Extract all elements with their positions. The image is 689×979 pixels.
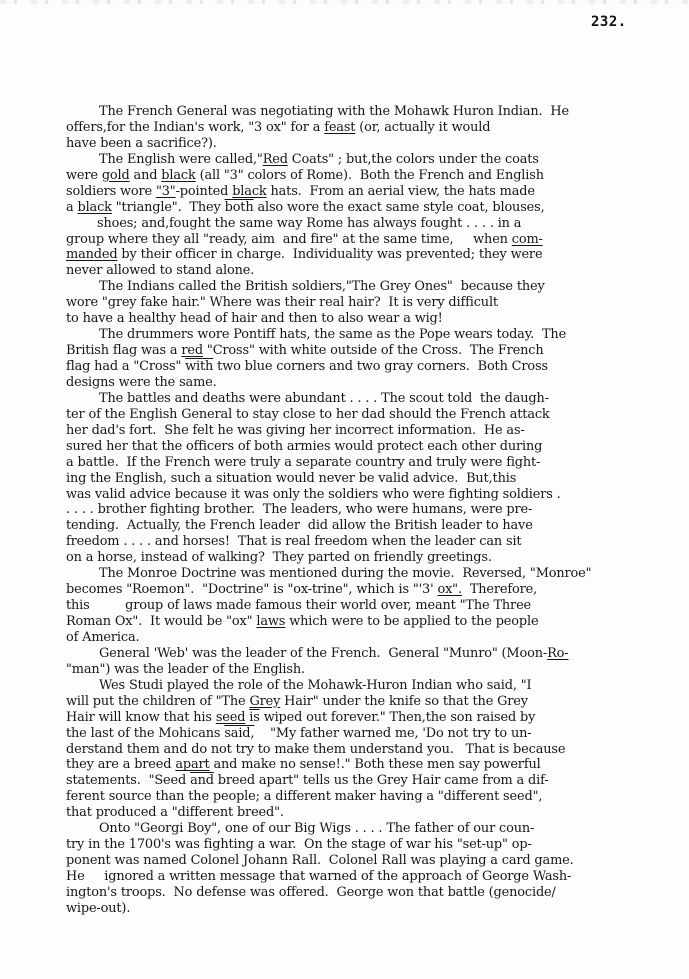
text-line: this group of laws made famous their wor…	[66, 598, 646, 614]
text-line: The English were called,"Red Coats" ; bu…	[66, 152, 646, 168]
text-line: He ignored a written message that warned…	[66, 869, 646, 885]
text-line: ponent was named Colonel Johann Rall. Co…	[66, 853, 646, 869]
text-line: offers,for the Indian's work, "3 ox" for…	[66, 120, 646, 136]
paragraph-battles: The battles and deaths were abundant . .…	[66, 391, 646, 566]
text-line: of America.	[66, 630, 646, 646]
paragraph-georgi-boy: Onto "Georgi Boy", one of our Big Wigs .…	[66, 821, 646, 917]
text-line: designs were the same.	[66, 375, 646, 391]
body-text: The French General was negotiating with …	[66, 104, 646, 917]
text-line: Hair will know that his seed is wiped ou…	[66, 710, 646, 726]
text-line: manded by their officer in charge. Indiv…	[66, 247, 646, 263]
text-line: shoes; and,fought the same way Rome has …	[66, 216, 646, 232]
text-line: a black "triangle". They both also wore …	[66, 200, 646, 216]
text-line: "man") was the leader of the English.	[66, 662, 646, 678]
text-line: ferent source than the people; a differe…	[66, 789, 646, 805]
text-line: Wes Studi played the role of the Mohawk-…	[66, 678, 646, 694]
text-line: The French General was negotiating with …	[66, 104, 646, 120]
text-line: ington's troops. No defense was offered.…	[66, 885, 646, 901]
page-number: 232.	[591, 14, 627, 30]
paragraph-monroe: The Monroe Doctrine was mentioned during…	[66, 566, 646, 646]
text-line: British flag was a red "Cross" with whit…	[66, 343, 646, 359]
paragraph-red-coats: The English were called,"Red Coats" ; bu…	[66, 152, 646, 280]
paragraph-french-general: The French General was negotiating with …	[66, 104, 646, 152]
text-line: a battle. If the French were truly a sep…	[66, 455, 646, 471]
text-line: The Indians called the British soldiers,…	[66, 279, 646, 295]
text-line: her dad's fort. She felt he was giving h…	[66, 423, 646, 439]
text-line: freedom . . . . and horses! That is real…	[66, 534, 646, 550]
paragraph-wes-studi: Wes Studi played the role of the Mohawk-…	[66, 678, 646, 821]
text-line: they are a breed apart and make no sense…	[66, 757, 646, 773]
text-line: derstand them and do not try to make the…	[66, 742, 646, 758]
text-line: becomes "Roemon". "Doctrine" is "ox-trin…	[66, 582, 646, 598]
paragraph-drummers: The drummers wore Pontiff hats, the same…	[66, 327, 646, 391]
text-line: wipe-out).	[66, 901, 646, 917]
text-line: The Monroe Doctrine was mentioned during…	[66, 566, 646, 582]
scan-edge-noise	[0, 0, 689, 4]
text-line: to have a healthy head of hair and then …	[66, 311, 646, 327]
text-line: will put the children of "The Grey Hair"…	[66, 694, 646, 710]
text-line: on a horse, instead of walking? They par…	[66, 550, 646, 566]
paragraph-grey-ones: The Indians called the British soldiers,…	[66, 279, 646, 327]
text-line: have been a sacrifice?).	[66, 136, 646, 152]
text-line: Onto "Georgi Boy", one of our Big Wigs .…	[66, 821, 646, 837]
text-line: never allowed to stand alone.	[66, 263, 646, 279]
text-line: try in the 1700's was fighting a war. On…	[66, 837, 646, 853]
text-line: statements. "Seed and breed apart" tells…	[66, 773, 646, 789]
text-line: The battles and deaths were abundant . .…	[66, 391, 646, 407]
text-line: that produced a "different breed".	[66, 805, 646, 821]
text-line: The drummers wore Pontiff hats, the same…	[66, 327, 646, 343]
text-line: wore "grey fake hair." Where was their r…	[66, 295, 646, 311]
text-line: were gold and black (all "3" colors of R…	[66, 168, 646, 184]
text-line: the last of the Mohicans said, "My fathe…	[66, 726, 646, 742]
document-page: 232. The French General was negotiating …	[0, 0, 689, 979]
text-line: ter of the English General to stay close…	[66, 407, 646, 423]
text-line: sured her that the officers of both armi…	[66, 439, 646, 455]
text-line: General 'Web' was the leader of the Fren…	[66, 646, 646, 662]
text-line: soldiers wore "3"-pointed black hats. Fr…	[66, 184, 646, 200]
text-line: Roman Ox". It would be "ox" laws which w…	[66, 614, 646, 630]
text-line: group where they all "ready, aim and fir…	[66, 232, 646, 248]
text-line: was valid advice because it was only the…	[66, 487, 646, 503]
text-line: ing the English, such a situation would …	[66, 471, 646, 487]
text-line: . . . . brother fighting brother. The le…	[66, 502, 646, 518]
text-line: tending. Actually, the French leader did…	[66, 518, 646, 534]
paragraph-generals: General 'Web' was the leader of the Fren…	[66, 646, 646, 678]
text-line: flag had a "Cross" with two blue corners…	[66, 359, 646, 375]
